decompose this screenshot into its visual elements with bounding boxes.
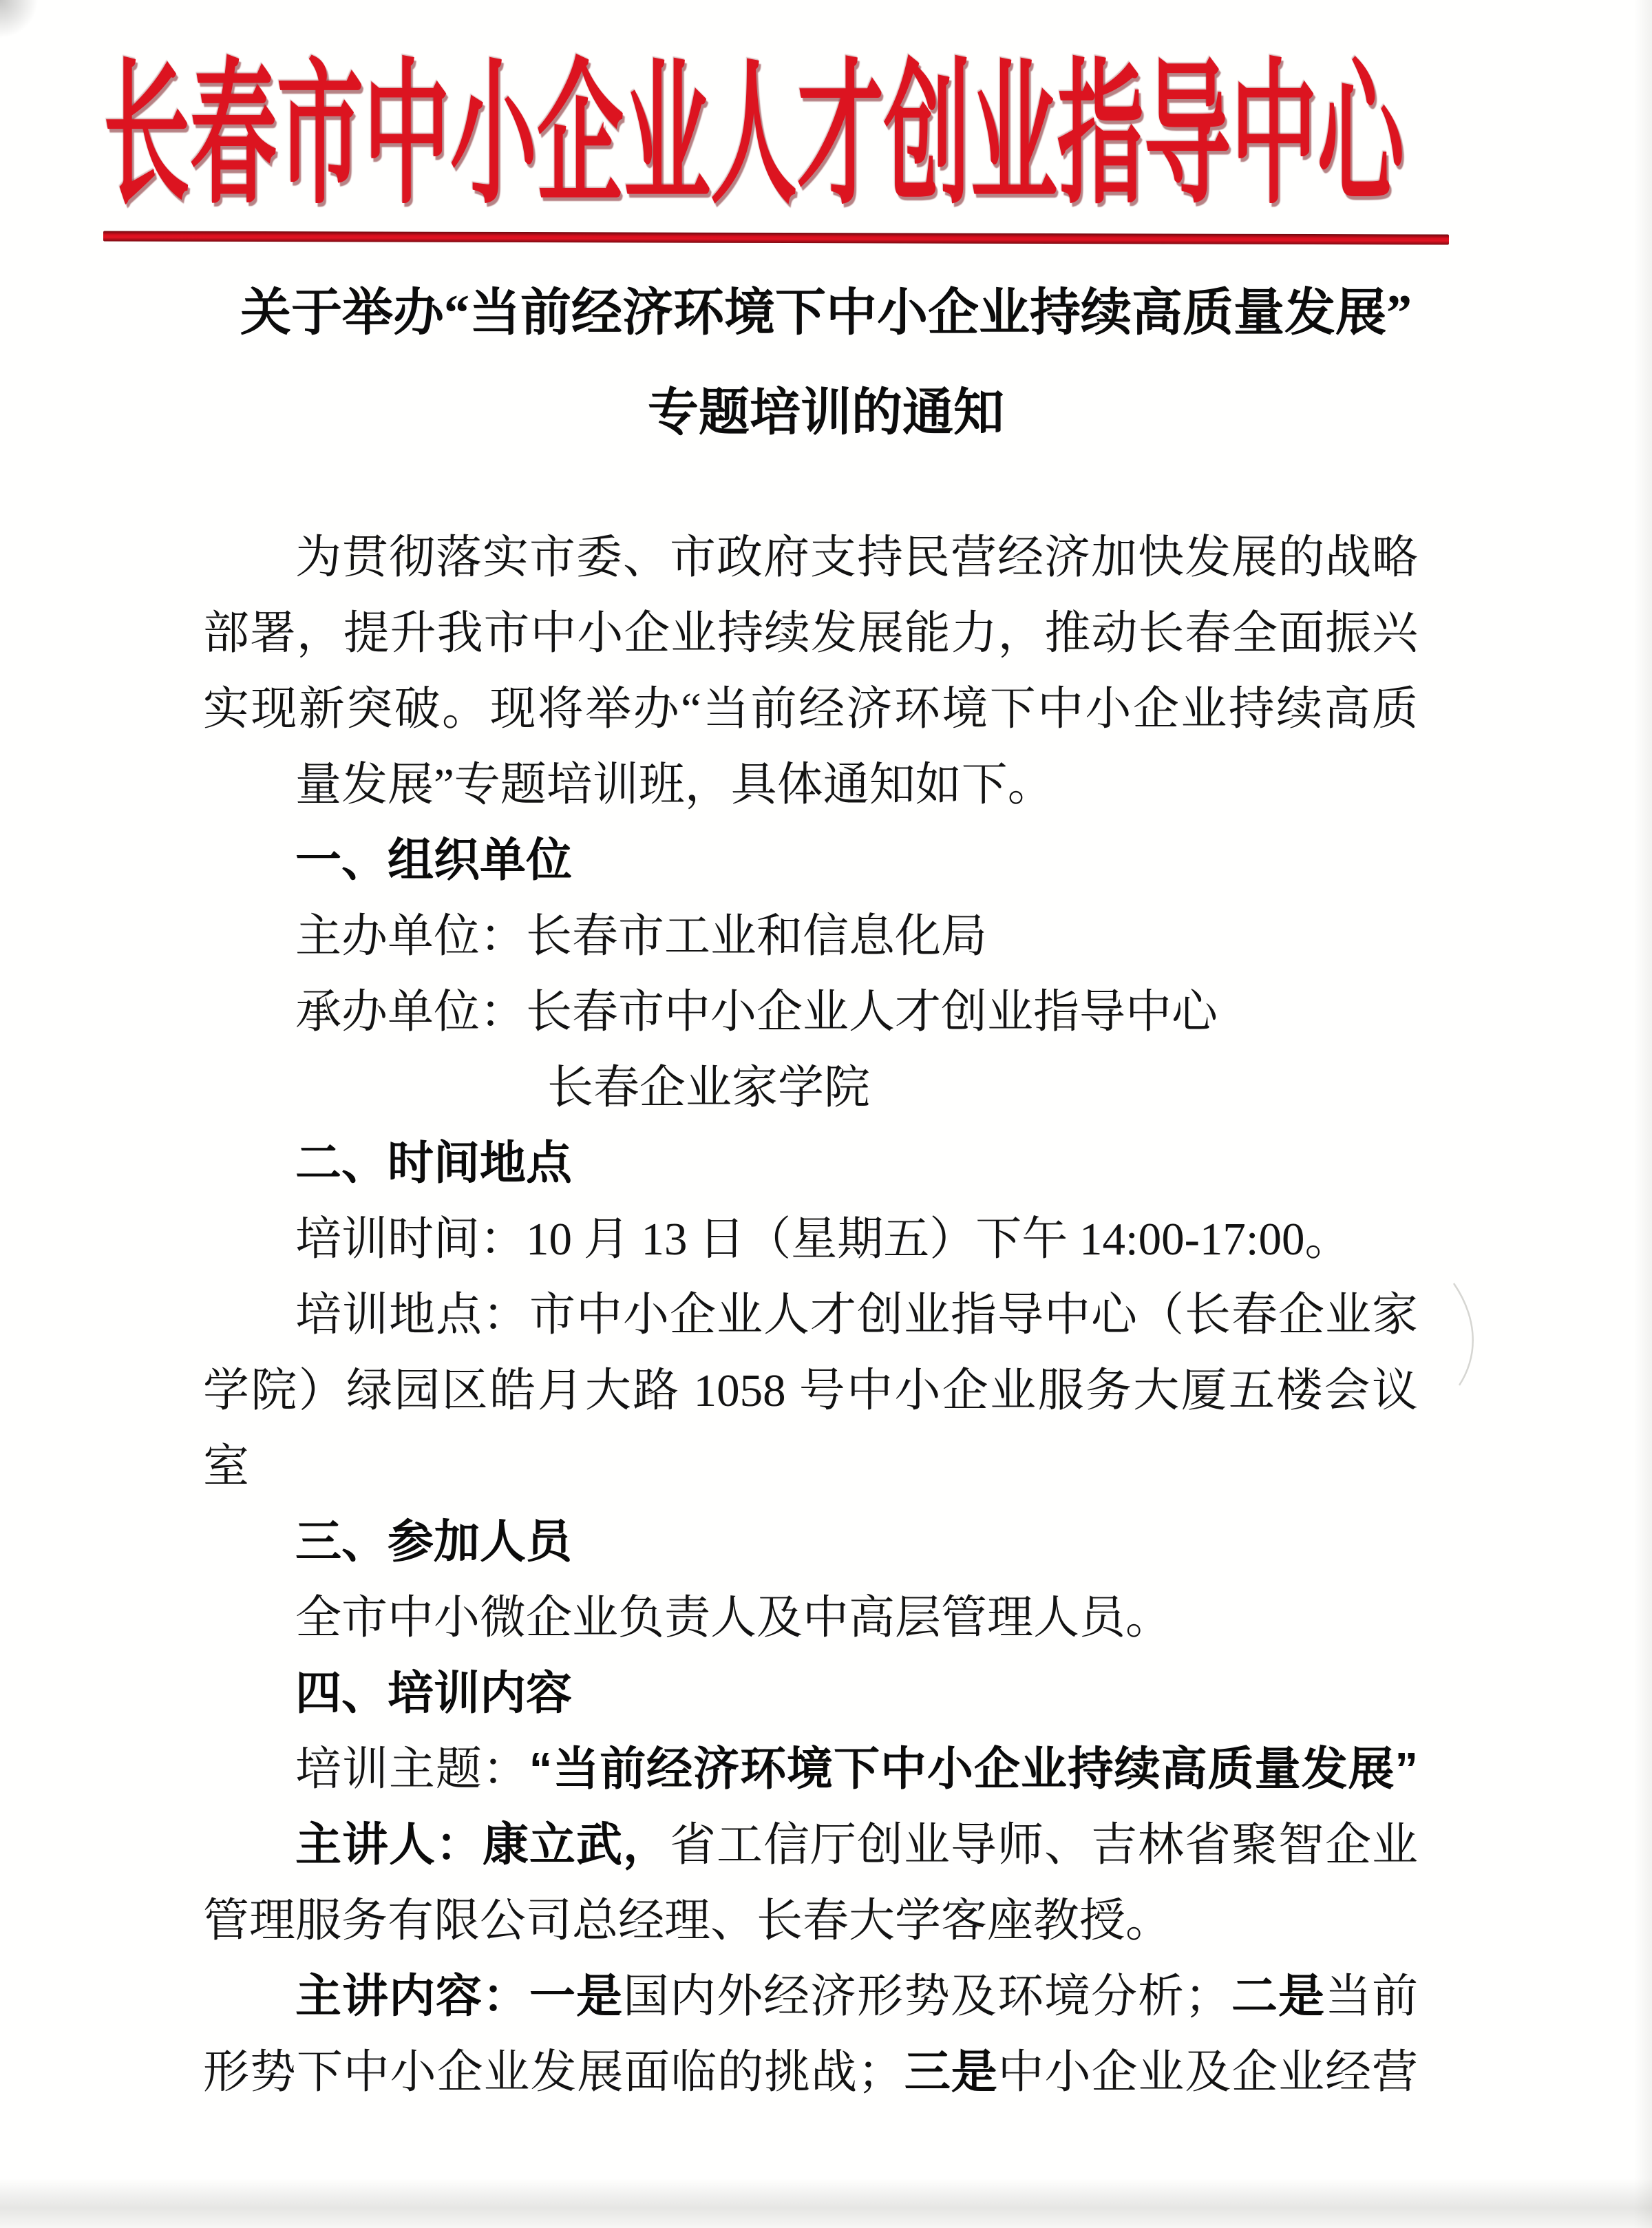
body-line: 为贯彻落实市委、市政府支持民营经济加快发展的战略 [203, 520, 1418, 596]
body-line: 主讲人：康立武，省工信厅创业导师、吉林省聚智企业 [203, 1807, 1418, 1883]
text-run-bold: 二是 [1231, 1970, 1325, 2022]
body-line: 主讲内容：一是国内外经济形势及环境分析；二是当前 [203, 1959, 1418, 2035]
text-run: 当前 [1325, 1971, 1418, 2022]
text-run: 为贯彻落实市委、市政府支持民营经济加快发展的战略 [295, 532, 1418, 583]
org-letterhead-title: 长春市中小企业人才创业指导中心 [0, 0, 1507, 299]
body-line: 培训地点：市中小企业人才创业指导中心（长春企业家 [203, 1277, 1418, 1353]
body-line: 承办单位：长春市中小企业人才创业指导中心 [203, 974, 1418, 1050]
notice-title-line-2: 专题培训的通知 [0, 375, 1652, 451]
text-run: 学院）绿园区皓月大路 1058 号中小企业服务大厦五楼会议 [203, 1365, 1418, 1416]
document-page: 长春市中小企业人才创业指导中心 关于举办“当前经济环境下中小企业持续高质量发展”… [0, 0, 1652, 2228]
text-run: 管理服务有限公司总经理、长春大学客座教授。 [203, 1895, 1172, 1946]
text-run: 培训时间：10 月 13 日（星期五）下午 14:00-17:00。 [295, 1214, 1351, 1265]
text-run: 二、时间地点 [295, 1137, 572, 1189]
text-run: 主办单位：长春市工业和信息化局 [295, 911, 987, 962]
text-run: 全市中小微企业负责人及中高层管理人员。 [295, 1593, 1172, 1643]
scan-bottom-shadow [0, 2178, 1652, 2228]
text-run-bold: 主讲人：康立武， [295, 1819, 670, 1871]
text-run-bold: 一是 [529, 1970, 623, 2022]
notice-body: 为贯彻落实市委、市政府支持民营经济加快发展的战略 部署，提升我市中小企业持续发展… [203, 520, 1418, 2110]
text-run: 中小企业及企业经营 [998, 2047, 1418, 2098]
body-line: 主办单位：长春市工业和信息化局 [203, 898, 1418, 974]
text-run: 部署，提升我市中小企业持续发展能力，推动长春全面振兴 [203, 608, 1418, 659]
text-run: 培训主题： [295, 1744, 529, 1795]
section-heading-training-content: 四、培训内容 [203, 1656, 1418, 1732]
text-run: 一、组织单位 [295, 834, 572, 886]
body-line: 全市中小微企业负责人及中高层管理人员。 [203, 1580, 1418, 1656]
text-run: 形势下中小企业发展面临的挑战； [203, 2047, 904, 2098]
text-run-bold: 三是 [904, 2046, 998, 2098]
body-line: 部署，提升我市中小企业持续发展能力，推动长春全面振兴 [203, 596, 1418, 671]
text-run: 国内外经济形势及环境分析； [623, 1971, 1231, 2022]
text-run: 四、培训内容 [295, 1668, 572, 1719]
scanner-hair-artifact [1444, 1279, 1492, 1389]
body-line: 实现新突破。现将举办“当前经济环境下中小企业持续高质 [203, 671, 1418, 747]
text-run: 室 [203, 1441, 249, 1492]
body-line: 量发展”专题培训班，具体通知如下。 [203, 747, 1418, 823]
text-run: 量发展”专题培训班，具体通知如下。 [295, 759, 1054, 810]
section-heading-participants: 三、参加人员 [203, 1504, 1418, 1580]
body-line: 形势下中小企业发展面临的挑战；三是中小企业及企业经营 [203, 2035, 1418, 2110]
text-run: 承办单位：长春市中小企业人才创业指导中心 [295, 987, 1218, 1038]
text-run: 培训地点：市中小企业人才创业指导中心（长春企业家 [295, 1290, 1418, 1341]
text-run: 省工信厅创业导师、吉林省聚智企业 [670, 1820, 1418, 1871]
body-line: 培训时间：10 月 13 日（星期五）下午 14:00-17:00。 [203, 1201, 1418, 1277]
text-run: 三、参加人员 [295, 1516, 572, 1568]
notice-title-line-1: 关于举办“当前经济环境下中小企业持续高质量发展” [0, 275, 1652, 351]
text-run-bold: 主讲内容： [295, 1970, 529, 2022]
section-heading-organizers: 一、组织单位 [203, 823, 1418, 898]
text-run: 长春企业家学院 [547, 1062, 870, 1113]
body-line: 管理服务有限公司总经理、长春大学客座教授。 [203, 1883, 1418, 1959]
body-line: 培训主题：“当前经济环境下中小企业持续高质量发展” [203, 1732, 1418, 1807]
section-heading-time-place: 二、时间地点 [203, 1126, 1418, 1201]
text-run-bold: “当前经济环境下中小企业持续高质量发展” [529, 1743, 1418, 1795]
body-line: 室 [203, 1429, 1418, 1504]
body-line: 学院）绿园区皓月大路 1058 号中小企业服务大厦五楼会议 [203, 1353, 1418, 1429]
text-run: 实现新突破。现将举办“当前经济环境下中小企业持续高质 [203, 684, 1418, 735]
body-line: 长春企业家学院 [547, 1050, 1418, 1126]
